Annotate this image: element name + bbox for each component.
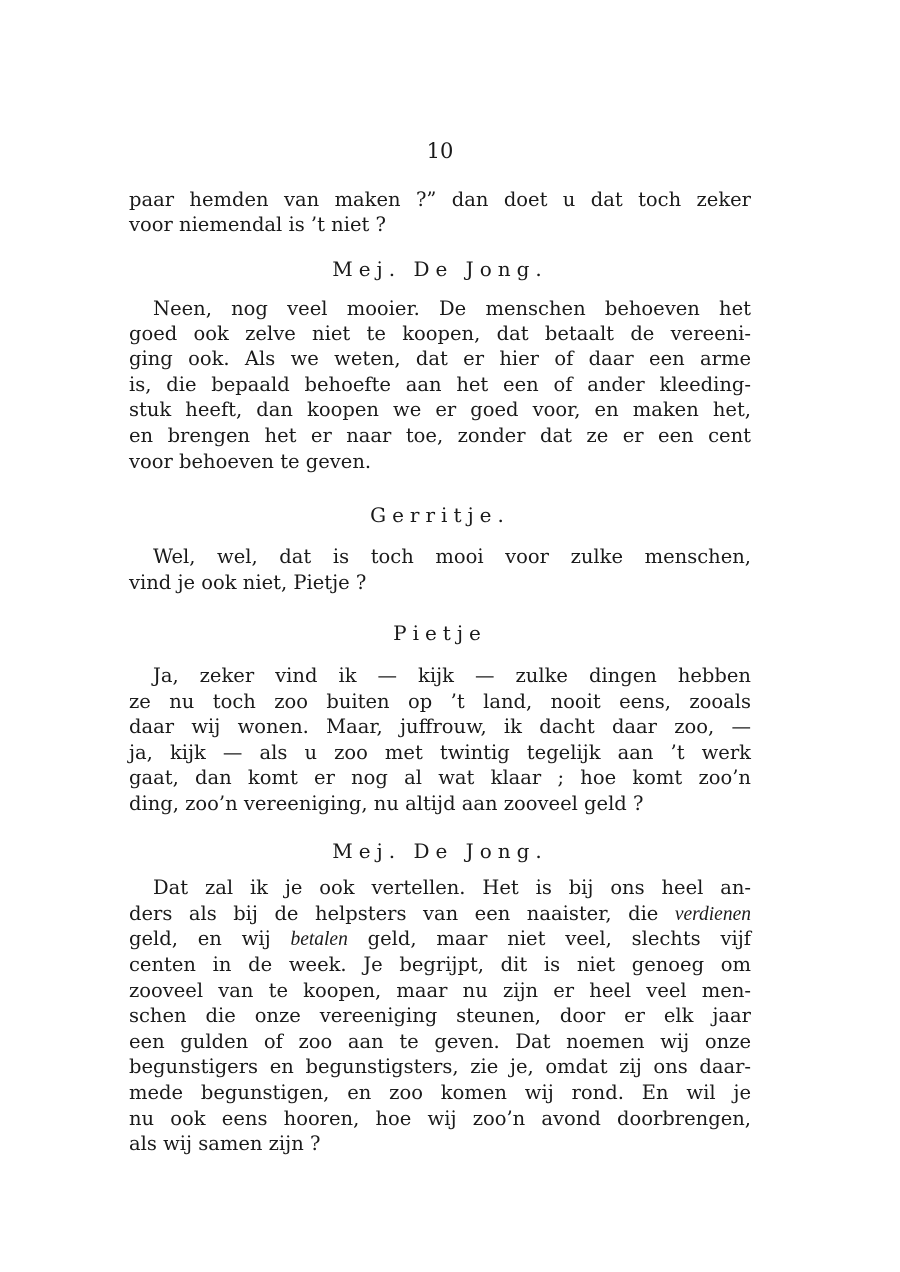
text-line: daar wij wonen. Maar, juffrouw, ik dacht… <box>129 715 751 739</box>
text-line: als wij samen zijn ? <box>129 1132 751 1156</box>
text-line: voor niemendal is ’t niet ? <box>129 213 751 237</box>
text-segment: geld, maar niet veel, slechts vijf <box>368 927 751 950</box>
text-line: mede begunstigen, en zoo komen wij rond.… <box>129 1081 751 1105</box>
text-line: schen die onze vereeniging steunen, door… <box>129 1004 751 1028</box>
text-line: is, die bepaald behoefte aan het een of … <box>129 373 751 397</box>
text-line: ja, kijk — als u zoo met twintig tegelij… <box>129 741 751 765</box>
text-line: vind je ook niet, Pietje ? <box>129 571 751 595</box>
speaker-heading-mej-de-jong: Mej. De Jong. <box>129 838 751 864</box>
text-line: een gulden of zoo aan te geven. Dat noem… <box>129 1030 751 1054</box>
text-line: Dat zal ik je ook vertellen. Het is bij … <box>153 876 751 900</box>
text-line: gaat, dan komt er nog al wat klaar ; hoe… <box>129 766 751 790</box>
text-line: begunstigers en begunstigsters, zie je, … <box>129 1055 751 1079</box>
text-line: stuk heeft, dan koopen we er goed voor, … <box>129 398 751 422</box>
text-line: ders als bij de helpsters van een naaist… <box>129 902 751 927</box>
text-line: geld, en wij betalen geld, maar niet vee… <box>129 927 751 952</box>
italic-word: verdienen <box>675 904 751 925</box>
text-line: ging ook. Als we weten, dat er hier of d… <box>129 347 751 371</box>
italic-word: betalen <box>290 929 347 950</box>
text-line: paar hemden van maken ?” dan doet u dat … <box>129 188 751 212</box>
text-line: goed ook zelve niet te koopen, dat betaa… <box>129 322 751 346</box>
text-segment: geld, en wij <box>129 927 271 950</box>
text-line: centen in de week. Je begrijpt, dit is n… <box>129 953 751 977</box>
speaker-heading-pietje: Pietje <box>129 620 751 646</box>
text-segment: ders als bij de helpsters van een naaist… <box>129 902 658 925</box>
page-number: 10 <box>129 138 751 164</box>
text-line: nu ook eens hooren, hoe wij zoo’n avond … <box>129 1107 751 1131</box>
text-line: Ja, zeker vind ik — kijk — zulke dingen … <box>153 664 751 688</box>
text-line: Wel, wel, dat is toch mooi voor zulke me… <box>153 545 751 569</box>
text-line: en brengen het er naar toe, zonder dat z… <box>129 424 751 448</box>
text-line: Neen, nog veel mooier. De menschen behoe… <box>153 297 751 321</box>
text-line: voor behoeven te geven. <box>129 450 751 474</box>
text-line: zooveel van te koopen, maar nu zijn er h… <box>129 979 751 1003</box>
text-line: ding, zoo’n vereeniging, nu altijd aan z… <box>129 792 751 816</box>
text-line: ze nu toch zoo buiten op ’t land, nooit … <box>129 690 751 714</box>
speaker-heading-mej-de-jong: Mej. De Jong. <box>129 256 751 282</box>
speaker-heading-gerritje: Gerritje. <box>129 502 751 528</box>
